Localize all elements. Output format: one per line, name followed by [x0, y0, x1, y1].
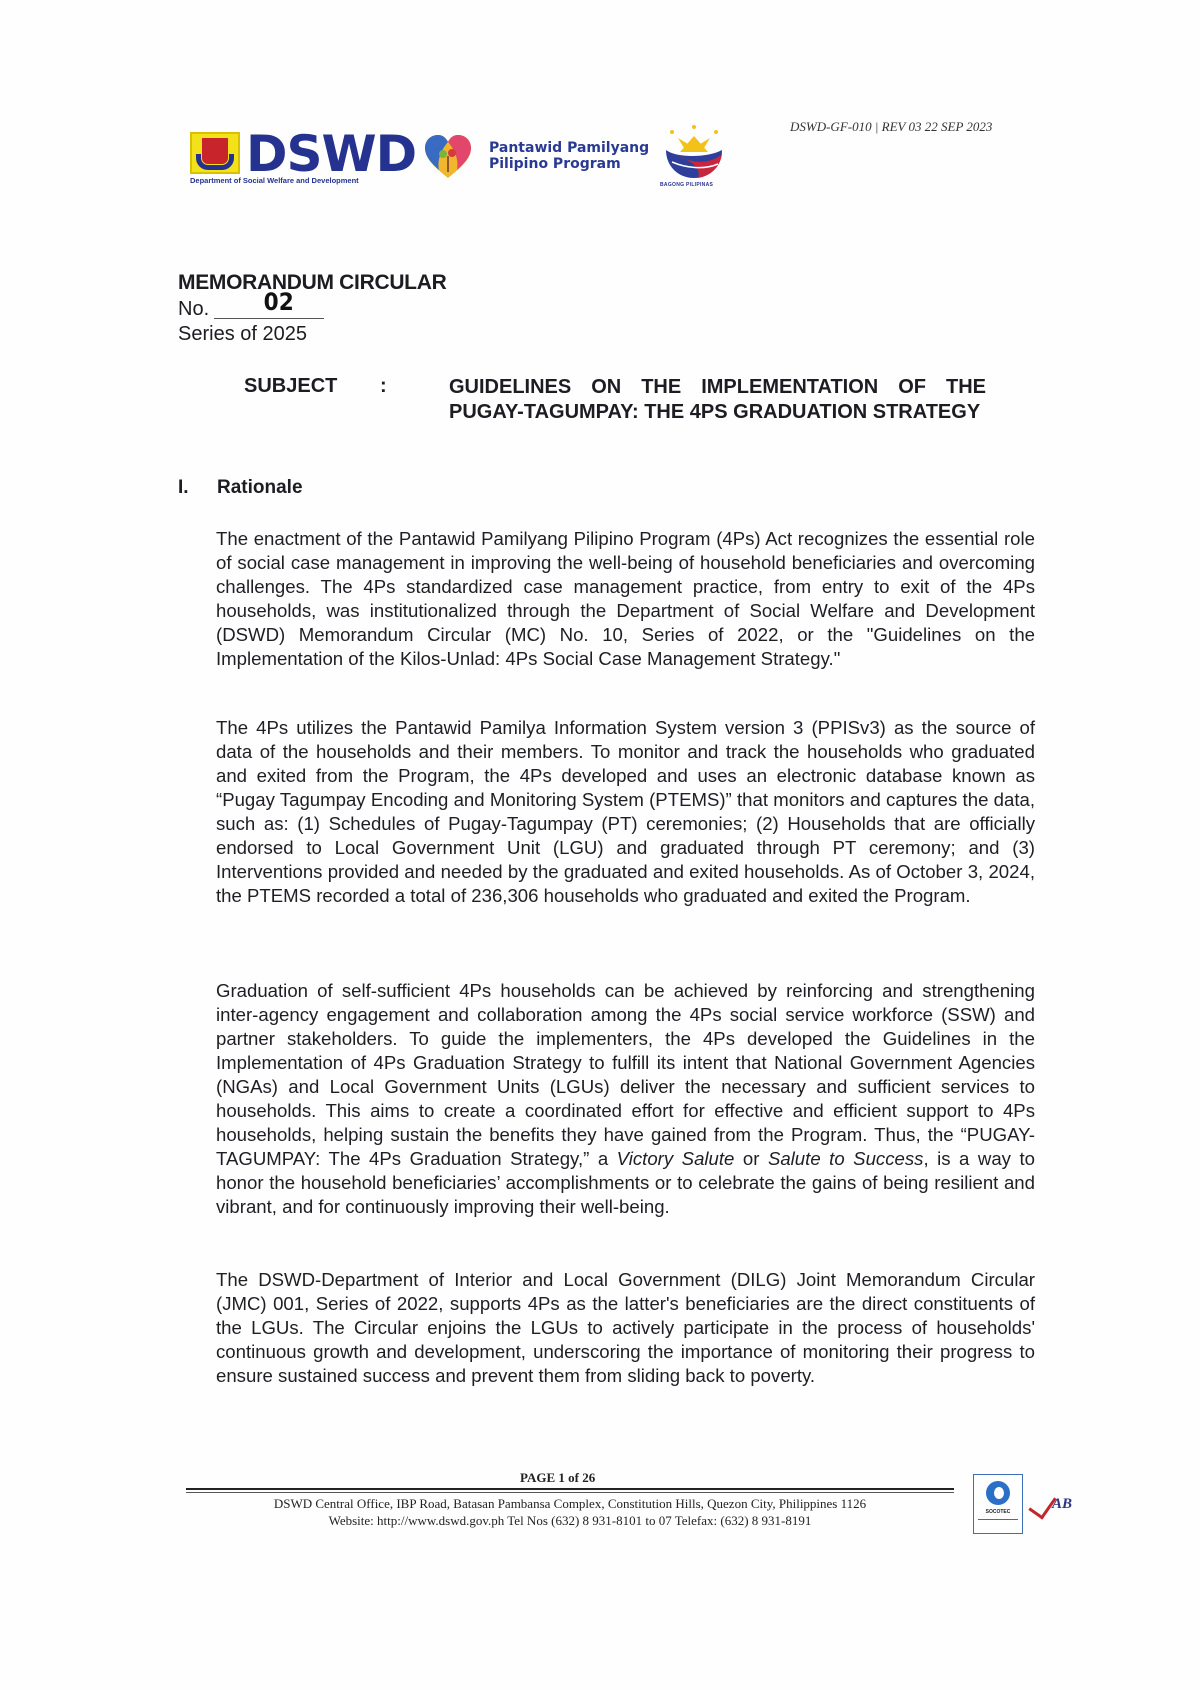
memo-number-underline — [214, 318, 324, 319]
dswd-wordmark: DSWD — [246, 126, 416, 182]
socotec-logo-icon — [986, 1481, 1010, 1505]
footer-divider-thin — [186, 1492, 954, 1493]
memo-title: MEMORANDUM CIRCULAR — [178, 271, 446, 295]
bagong-pilipinas-caption: BAGONG PILIPINAS — [660, 182, 713, 188]
dswd-subtitle: Department of Social Welfare and Develop… — [190, 176, 359, 185]
footer-address-block: DSWD Central Office, IBP Road, Batasan P… — [186, 1495, 954, 1529]
footer-address: DSWD Central Office, IBP Road, Batasan P… — [186, 1495, 954, 1512]
jas-anz-ab-certification-badge: AB — [1030, 1476, 1080, 1534]
dswd-logo: DSWD Department of Social Welfare and De… — [190, 132, 405, 188]
document-code: DSWD-GF-010 | REV 03 22 SEP 2023 — [790, 119, 992, 135]
rationale-paragraph-3: Graduation of self-sufficient 4Ps househ… — [216, 979, 1035, 1219]
memo-number-value: 02 — [264, 288, 294, 316]
section-number: I. — [178, 477, 189, 499]
4ps-logo-text: Pantawid Pamilyang Pilipino Program — [489, 140, 649, 172]
bagong-pilipinas-logo: BAGONG PILIPINAS — [658, 124, 730, 190]
memo-number-label: No. — [178, 298, 209, 321]
heart-icon — [423, 134, 473, 180]
footer-contact: Website: http://www.dswd.gov.ph Tel Nos … — [186, 1512, 954, 1529]
rationale-paragraph-4: The DSWD-Department of Interior and Loca… — [216, 1268, 1035, 1388]
section-title: Rationale — [217, 477, 303, 499]
4ps-logo: Pantawid Pamilyang Pilipino Program — [423, 132, 643, 188]
memo-series: Series of 2025 — [178, 323, 307, 346]
victory-salute-term: Victory Salute — [617, 1148, 735, 1169]
document-page: DSWD Department of Social Welfare and De… — [0, 0, 1200, 1690]
subject-text: GUIDELINES ON THE IMPLEMENTATION OF THE … — [449, 375, 986, 425]
subject-label: SUBJECT — [244, 375, 337, 398]
subject-colon: : — [380, 375, 387, 398]
bagong-pilipinas-sun-icon — [658, 124, 730, 182]
page-number: PAGE 1 of 26 — [520, 1470, 595, 1486]
socotec-certification-badge: SOCOTEC — [973, 1474, 1023, 1534]
salute-to-success-term: Salute to Success — [768, 1148, 924, 1169]
rationale-paragraph-1: The enactment of the Pantawid Pamilyang … — [216, 527, 1035, 671]
dswd-emblem-icon — [190, 132, 240, 174]
rationale-paragraph-2: The 4Ps utilizes the Pantawid Pamilya In… — [216, 716, 1035, 908]
footer-divider — [186, 1488, 954, 1490]
